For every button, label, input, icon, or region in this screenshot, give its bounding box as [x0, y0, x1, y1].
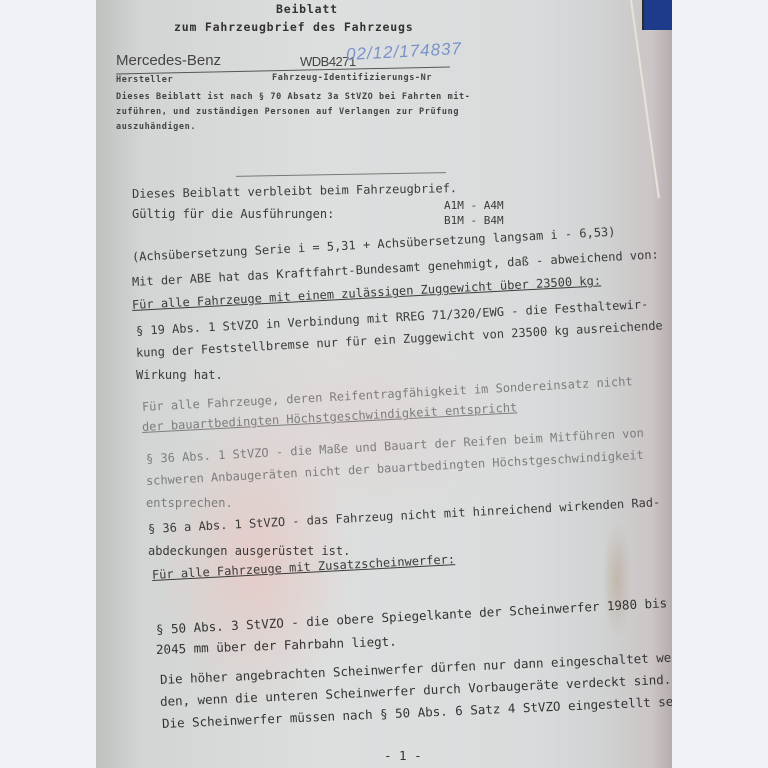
section1-line-3: Wirkung hat.: [136, 368, 223, 382]
document-title: Beiblatt: [276, 2, 338, 16]
section2-para1-line-3: entsprechen.: [146, 496, 233, 510]
notice-line-1: Dieses Beiblatt ist nach § 70 Absatz 3a …: [116, 92, 470, 102]
document-photo: Beiblatt zum Fahrzeugbrief des Fahrzeugs…: [96, 0, 672, 768]
background-object: [642, 0, 672, 30]
remains-note: Dieses Beiblatt verbleibt beim Fahrzeugb…: [132, 181, 457, 201]
page-number: - 1 -: [384, 748, 422, 763]
manufacturer-label: Hersteller: [116, 75, 173, 85]
vin-label: Fahrzeug-Identifizierungs-Nr: [272, 73, 432, 83]
notice-line-3: auszuhändigen.: [116, 122, 196, 132]
variant-1: A1M - A4M: [444, 199, 504, 212]
remains-rule: [236, 172, 446, 177]
document-subtitle: zum Fahrzeugbrief des Fahrzeugs: [174, 20, 413, 34]
valid-label: Gültig für die Ausführungen:: [132, 207, 334, 221]
section3-para1-line-2: 2045 mm über der Fahrbahn liegt.: [156, 634, 397, 657]
vin-handwritten: 02/12/174837: [346, 39, 463, 65]
manufacturer-value: Mercedes-Benz: [116, 52, 221, 69]
paper-stain: [602, 520, 632, 640]
variant-2: B1M - B4M: [444, 214, 504, 227]
section3-para1-line-1: § 50 Abs. 3 StVZO - die obere Spiegelkan…: [156, 595, 668, 637]
section2-para2-line-2: abdeckungen ausgerüstet ist.: [148, 544, 350, 558]
notice-line-2: zuführen, und zuständigen Personen auf V…: [116, 107, 459, 117]
